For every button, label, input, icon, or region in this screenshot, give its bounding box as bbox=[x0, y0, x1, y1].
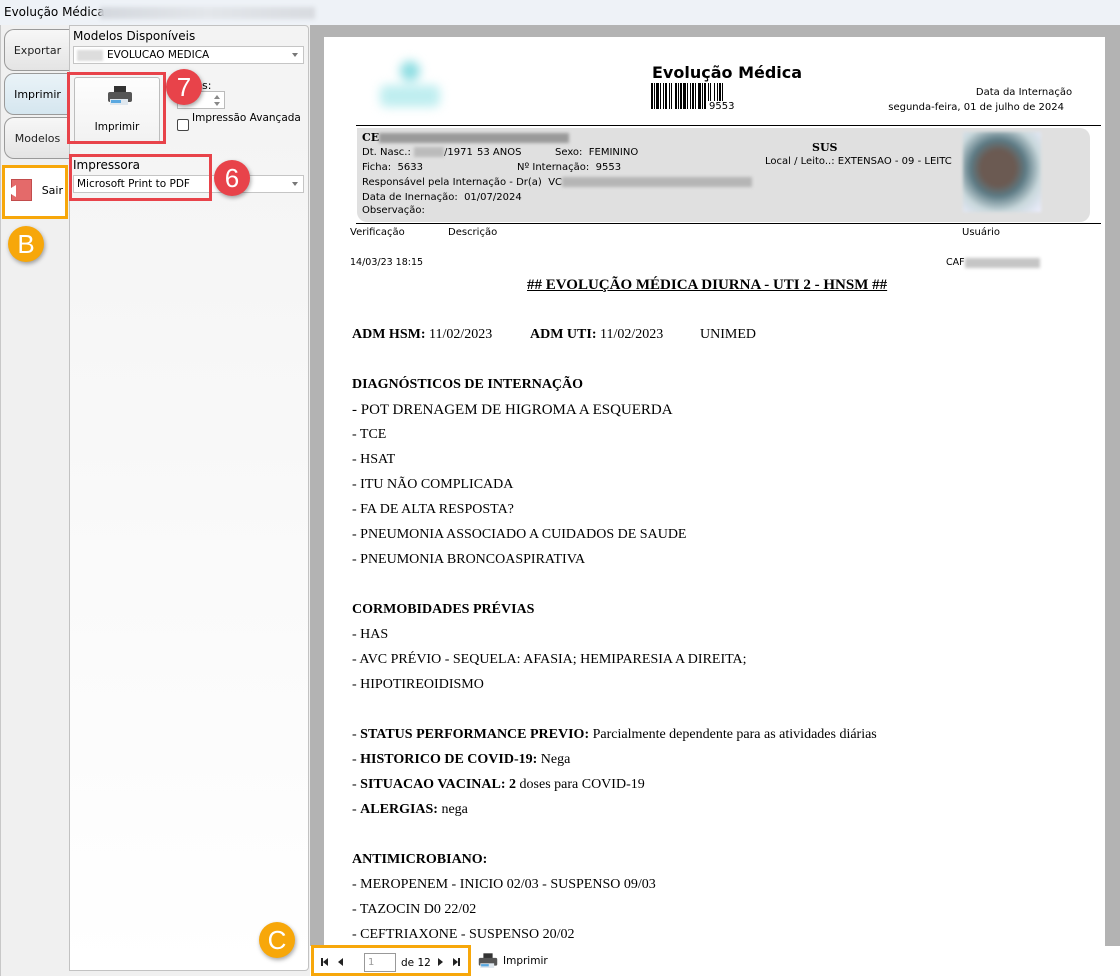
list-item: - ITU NÃO COMPLICADA bbox=[352, 477, 513, 493]
window-titlebar: Evolução Médica bbox=[0, 0, 1120, 25]
list-item: - HAS bbox=[352, 627, 388, 643]
antimicrobial-title: ANTIMICROBIANO: bbox=[352, 852, 487, 868]
history-item: - SITUACAO VACINAL: 2 doses para COVID-1… bbox=[352, 777, 645, 793]
window-title: Evolução Médica bbox=[4, 5, 105, 19]
adm-uti: ADM UTI: 11/02/2023 bbox=[530, 327, 663, 343]
column-user: Usuário bbox=[962, 227, 1000, 238]
entry-heading: ## EVOLUÇÃO MÉDICA DIURNA - UTI 2 - HNSM… bbox=[527, 277, 887, 294]
admission-date-long: segunda-feira, 01 de julho de 2024 bbox=[884, 102, 1064, 113]
report-page: Evolução Médica 9553 Data da Internação … bbox=[324, 37, 1105, 946]
list-item: - TCE bbox=[352, 427, 386, 443]
patient-name: CE bbox=[362, 131, 569, 144]
insurance: SUS bbox=[812, 141, 837, 154]
exit-button-highlight: Sair bbox=[2, 165, 68, 219]
patient-age: 53 ANOS bbox=[477, 147, 521, 158]
entry-user: CAF bbox=[946, 257, 1040, 268]
blurred-model-prefix bbox=[77, 50, 103, 61]
exit-button[interactable]: Sair bbox=[7, 170, 63, 210]
history-item: - ALERGIAS: nega bbox=[352, 802, 468, 818]
exit-button-label: Sair bbox=[42, 184, 63, 197]
patient-info-box: CE Dt. Nasc.: /1971 53 ANOS Sexo: FEMINI… bbox=[357, 128, 1090, 222]
list-item: - FA DE ALTA RESPOSTA? bbox=[352, 502, 514, 518]
list-item: - HSAT bbox=[352, 452, 395, 468]
divider bbox=[356, 223, 1101, 224]
stepper-down-icon[interactable] bbox=[214, 102, 220, 106]
exit-door-icon bbox=[11, 179, 32, 201]
patient-birth: Dt. Nasc.: /1971 bbox=[362, 147, 473, 158]
report-viewer[interactable]: Evolução Médica 9553 Data da Internação … bbox=[310, 25, 1120, 946]
diagnoses-title: DIAGNÓSTICOS DE INTERNAÇÃO bbox=[352, 377, 583, 393]
adm-hsm: ADM HSM: 11/02/2023 bbox=[352, 327, 492, 343]
patient-admission-date: Data de Inernação: 01/07/2024 bbox=[362, 192, 522, 203]
stepper-up-icon[interactable] bbox=[214, 95, 220, 99]
annotation-badge-7: 7 bbox=[166, 69, 202, 105]
viewer-print-label: Imprimir bbox=[503, 955, 548, 967]
list-item: - POT DRENAGEM DE HIGROMA A ESQUERDA bbox=[352, 402, 673, 419]
patient-notes: Observação: bbox=[362, 205, 425, 216]
list-item: - TAZOCIN D0 22/02 bbox=[352, 902, 476, 918]
patient-sex: Sexo: FEMININO bbox=[555, 147, 638, 158]
tab-exportar[interactable]: Exportar bbox=[4, 29, 70, 71]
tab-modelos[interactable]: Modelos bbox=[4, 117, 70, 159]
comorbidities-title: CORMOBIDADES PRÉVIAS bbox=[352, 602, 534, 618]
history-item: - HISTORICO DE COVID-19: Nega bbox=[352, 752, 570, 768]
advanced-print-label: Impressão Avançada bbox=[192, 112, 301, 124]
list-item: - MEROPENEM - INICIO 02/03 - SUSPENSO 09… bbox=[352, 877, 656, 893]
patient-location: Local / Leito..: EXTENSAO - 09 - LEITC bbox=[765, 156, 952, 167]
entry-datetime: 14/03/23 18:15 bbox=[350, 257, 423, 268]
models-label: Modelos Disponíveis bbox=[73, 29, 195, 43]
report-title: Evolução Médica bbox=[652, 63, 802, 82]
barcode-number: 9553 bbox=[707, 101, 736, 112]
list-item: - PNEUMONIA ASSOCIADO A CUIDADOS DE SAUD… bbox=[352, 527, 686, 543]
health-plan: UNIMED bbox=[700, 327, 756, 343]
tab-imprimir[interactable]: Imprimir bbox=[4, 73, 70, 115]
annotation-highlight-printer bbox=[69, 154, 212, 201]
tab-label: Modelos bbox=[15, 132, 61, 145]
list-item: - AVC PRÉVIO - SEQUELA: AFASIA; HEMIPARE… bbox=[352, 652, 747, 668]
annotation-highlight-navigator bbox=[311, 945, 471, 976]
patient-photo bbox=[963, 132, 1041, 212]
chevron-down-icon bbox=[292, 182, 298, 186]
tab-label: Imprimir bbox=[14, 88, 61, 101]
list-item: - PNEUMONIA BRONCOASPIRATIVA bbox=[352, 552, 585, 568]
chevron-down-icon bbox=[292, 53, 298, 57]
annotation-badge-b: B bbox=[8, 226, 44, 262]
model-selected-value: EVOLUCAO MEDICA bbox=[107, 49, 209, 61]
admission-date-heading: Data da Internação bbox=[944, 87, 1104, 98]
patient-admission-number: Nº Internação: 9553 bbox=[517, 162, 621, 173]
column-description: Descrição bbox=[448, 227, 497, 238]
annotation-badge-c: C bbox=[259, 922, 295, 958]
annotation-highlight-print-button bbox=[67, 72, 166, 144]
list-item: - CEFTRIAXONE - SUSPENSO 20/02 bbox=[352, 927, 574, 943]
history-item: - STATUS PERFORMANCE PREVIO: Parcialment… bbox=[352, 727, 877, 743]
column-verification: Verificação bbox=[350, 227, 405, 238]
hospital-logo bbox=[374, 57, 446, 107]
patient-record: Ficha: 5633 bbox=[362, 162, 423, 173]
advanced-print-checkbox[interactable] bbox=[177, 119, 189, 131]
viewer-print-button[interactable]: Imprimir bbox=[478, 953, 548, 969]
annotation-badge-6: 6 bbox=[214, 160, 250, 196]
divider bbox=[356, 125, 1101, 126]
responsible-doctor: Responsável pela Internação - Dr(a) VC bbox=[362, 177, 752, 188]
list-item: - HIPOTIREOIDISMO bbox=[352, 677, 484, 693]
tab-label: Exportar bbox=[14, 44, 61, 57]
blurred-title-suffix bbox=[100, 7, 315, 19]
model-select[interactable]: EVOLUCAO MEDICA bbox=[73, 46, 304, 64]
printer-icon bbox=[478, 953, 498, 969]
